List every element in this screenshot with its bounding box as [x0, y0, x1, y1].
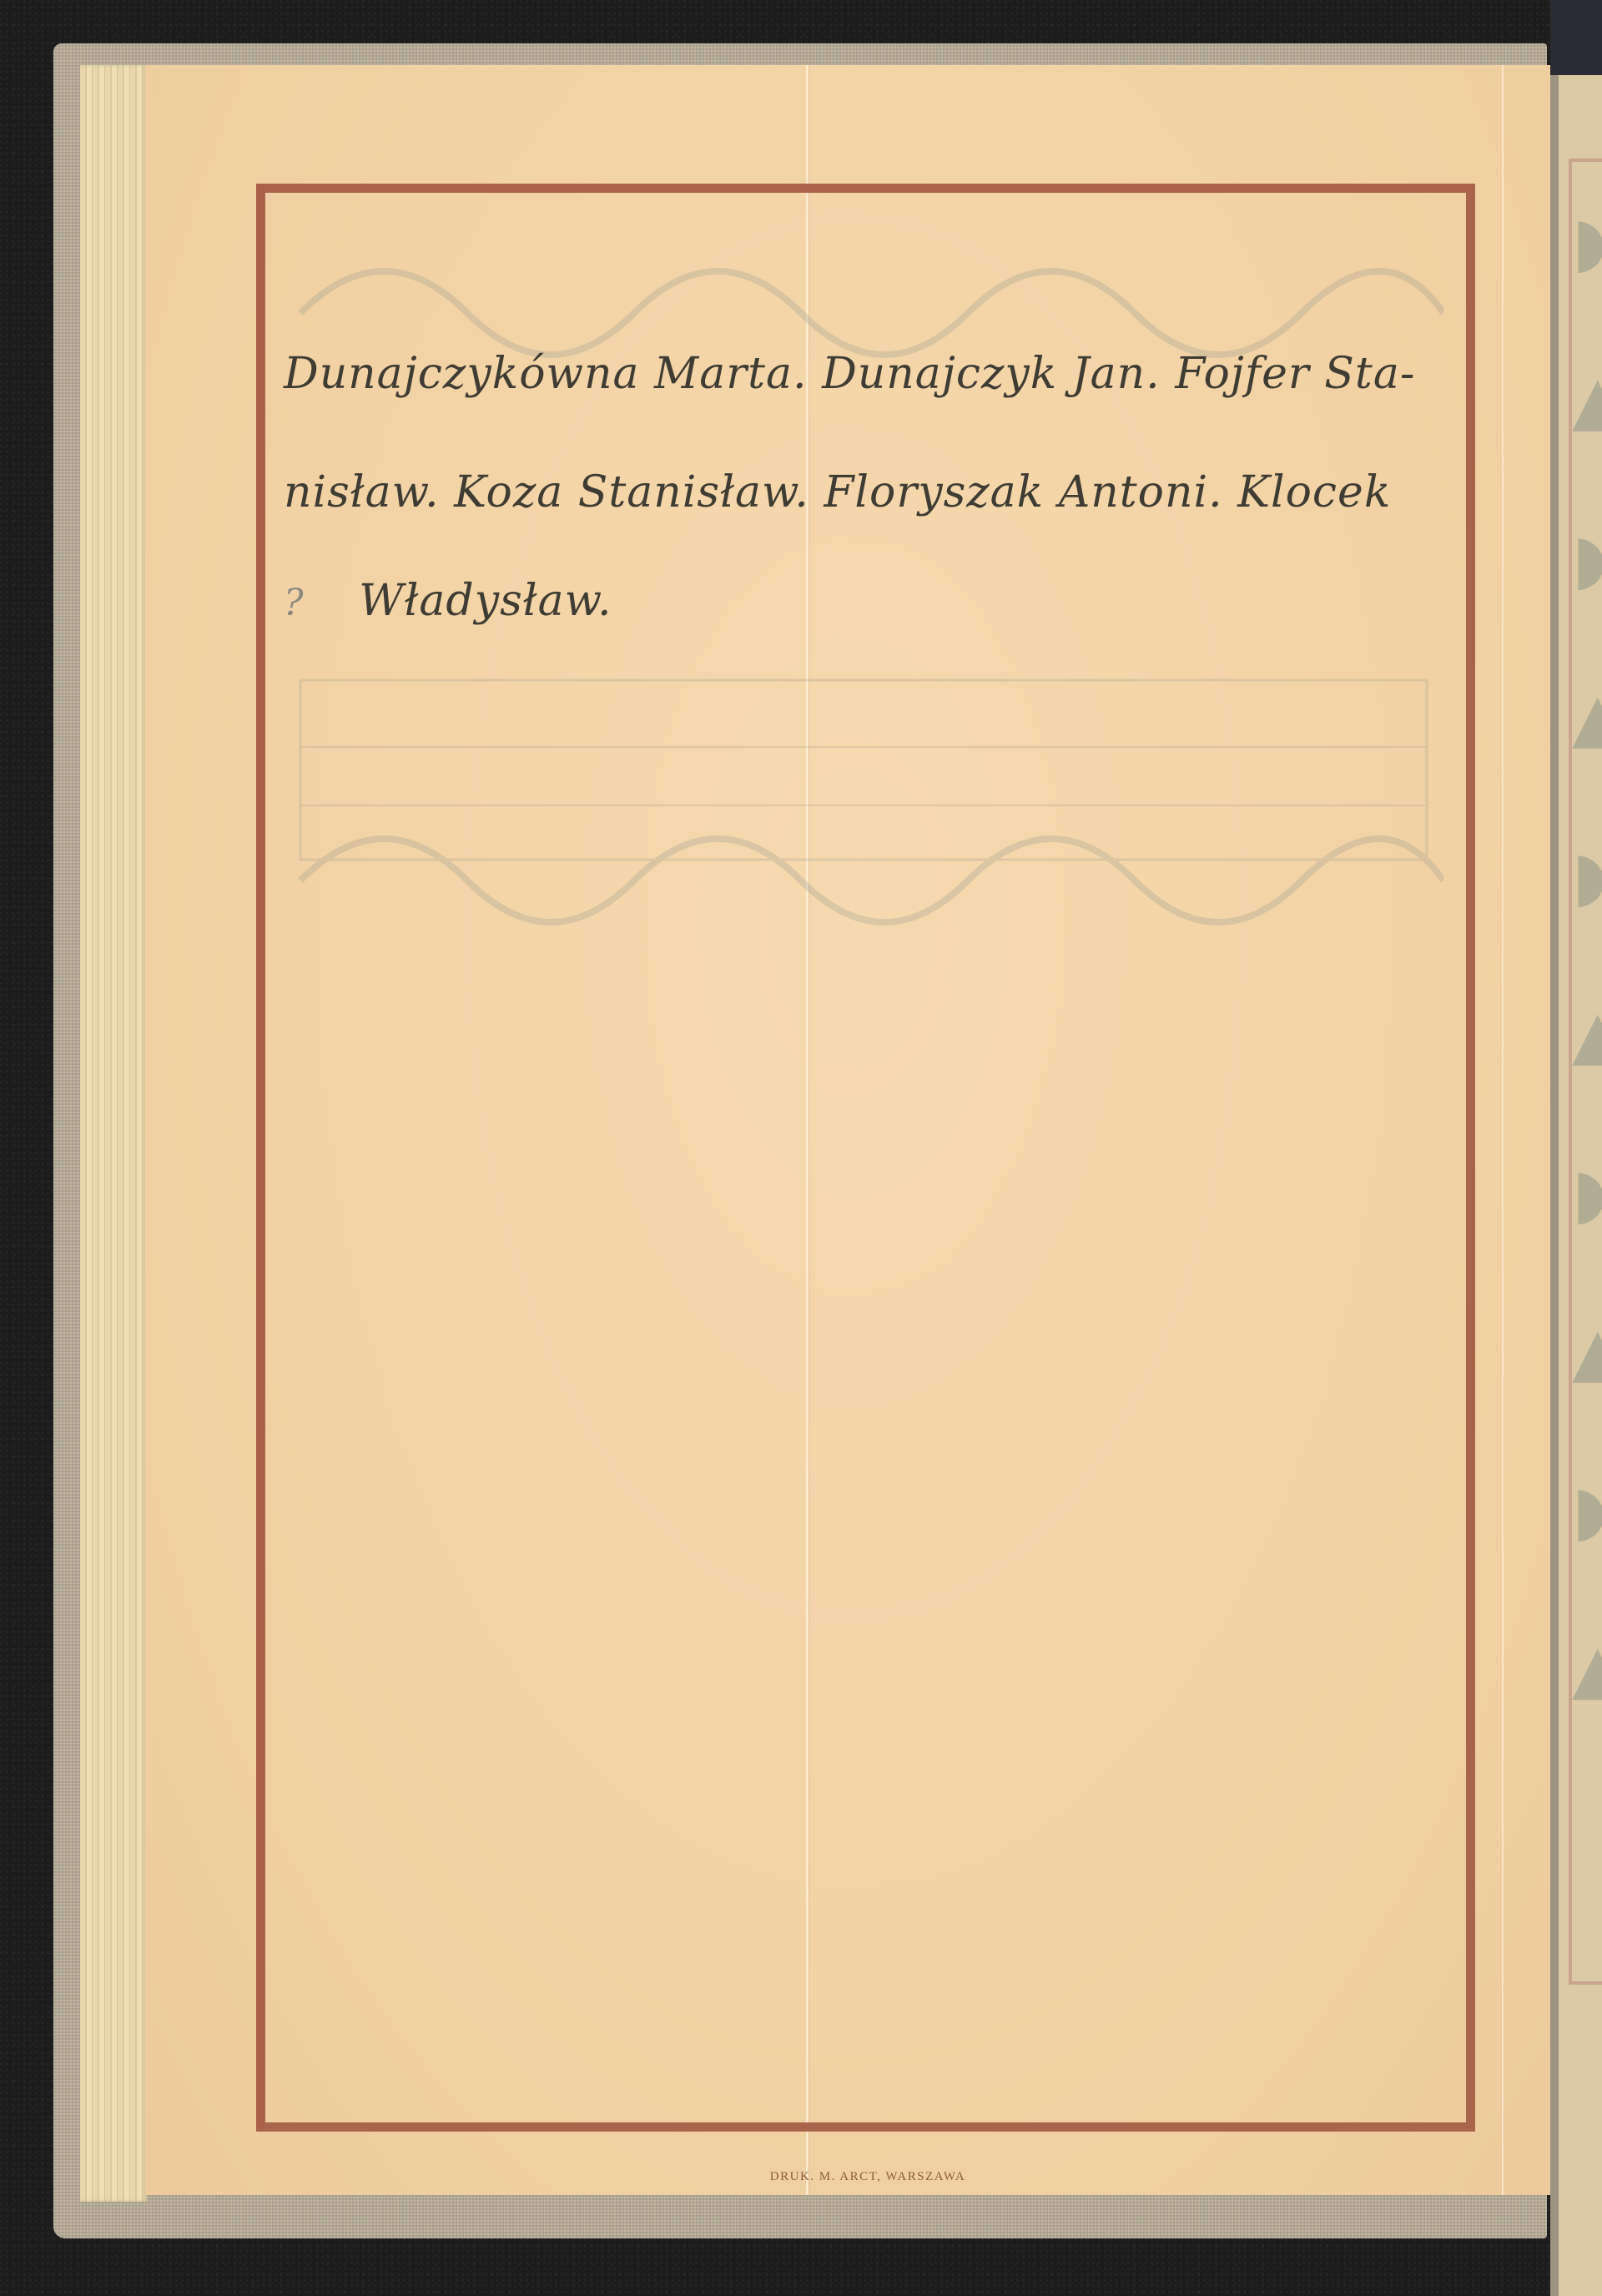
- ornament-icon: ◗: [1572, 1143, 1602, 1244]
- ornament-icon: ◗: [1572, 509, 1602, 609]
- scanner-edge: [1550, 0, 1602, 75]
- printer-imprint: DRUK. M. ARCT, WARSZAWA: [0, 2170, 1602, 2184]
- handwritten-line-1: Dunajczykówna Marta. Dunajczyk Jan. Fojf…: [284, 349, 1452, 399]
- page-edges: [80, 65, 147, 2202]
- ornament-icon: ▲: [1572, 1619, 1602, 1719]
- right-crease: [1502, 65, 1504, 2195]
- ornament-icon: ◗: [1572, 826, 1602, 926]
- ornament-icon: ▲: [1572, 668, 1602, 768]
- ornament-icon: ◗: [1572, 192, 1602, 292]
- margin-mark: ?: [284, 582, 305, 624]
- ornament-icon: ◗: [1572, 1461, 1602, 1561]
- handwritten-line-2: nisław. Koza Stanisław. Floryszak Antoni…: [284, 467, 1452, 517]
- handwritten-line-3-text: Władysław.: [359, 576, 612, 626]
- ornament-icon: ▲: [1572, 1302, 1602, 1402]
- adjacent-page: ◗ ▲ ◗ ▲ ◗ ▲ ◗ ▲ ◗ ▲: [1550, 0, 1602, 2296]
- handwritten-line-3: ? Władysław.: [284, 576, 1452, 626]
- ornament-icon: ▲: [1572, 985, 1602, 1085]
- ornament-icon: ▲: [1572, 351, 1602, 451]
